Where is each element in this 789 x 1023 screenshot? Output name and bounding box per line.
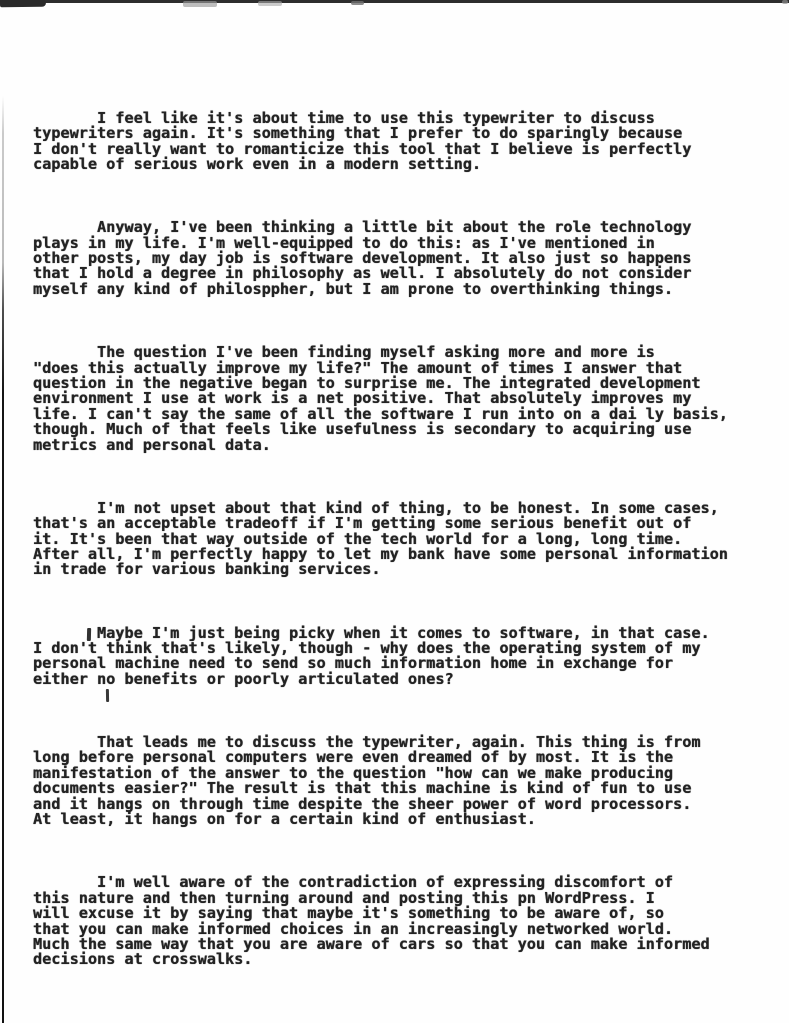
scan-artifact-smudge (258, 1, 282, 6)
paragraph-role-of-technology: Anyway, I've been thinking a little bit … (33, 220, 773, 297)
scan-artifact-top-edge (0, 0, 789, 3)
scan-artifact-left-edge-line (2, 96, 4, 1023)
paragraph-acceptable-tradeoff: I'm not upset about that kind of thing, … (33, 501, 773, 578)
paragraph-picky-about-software: Maybe I'm just being picky when it comes… (33, 626, 773, 688)
paragraph-typewriter-intro: I feel like it's about time to use this … (33, 111, 773, 173)
ink-overstrike-mark (87, 628, 91, 641)
scan-artifact-smudge (183, 1, 217, 7)
scan-artifact-smudge (351, 1, 364, 5)
paragraph-wordpress-contradiction: I'm well aware of the contradiction of e… (33, 875, 773, 967)
scan-artifact-corner-dot (782, 0, 788, 4)
ink-overstrike-mark (106, 689, 109, 702)
scan-artifact-top-left-blob (0, 0, 46, 7)
typewritten-page: I feel like it's about time to use this … (0, 0, 789, 1023)
letter-body: I feel like it's about time to use this … (33, 80, 773, 1016)
paragraph-typewriter-again: That leads me to discuss the typewriter,… (33, 735, 773, 827)
paragraph-does-this-improve-life: The question I've been finding myself as… (33, 345, 773, 453)
